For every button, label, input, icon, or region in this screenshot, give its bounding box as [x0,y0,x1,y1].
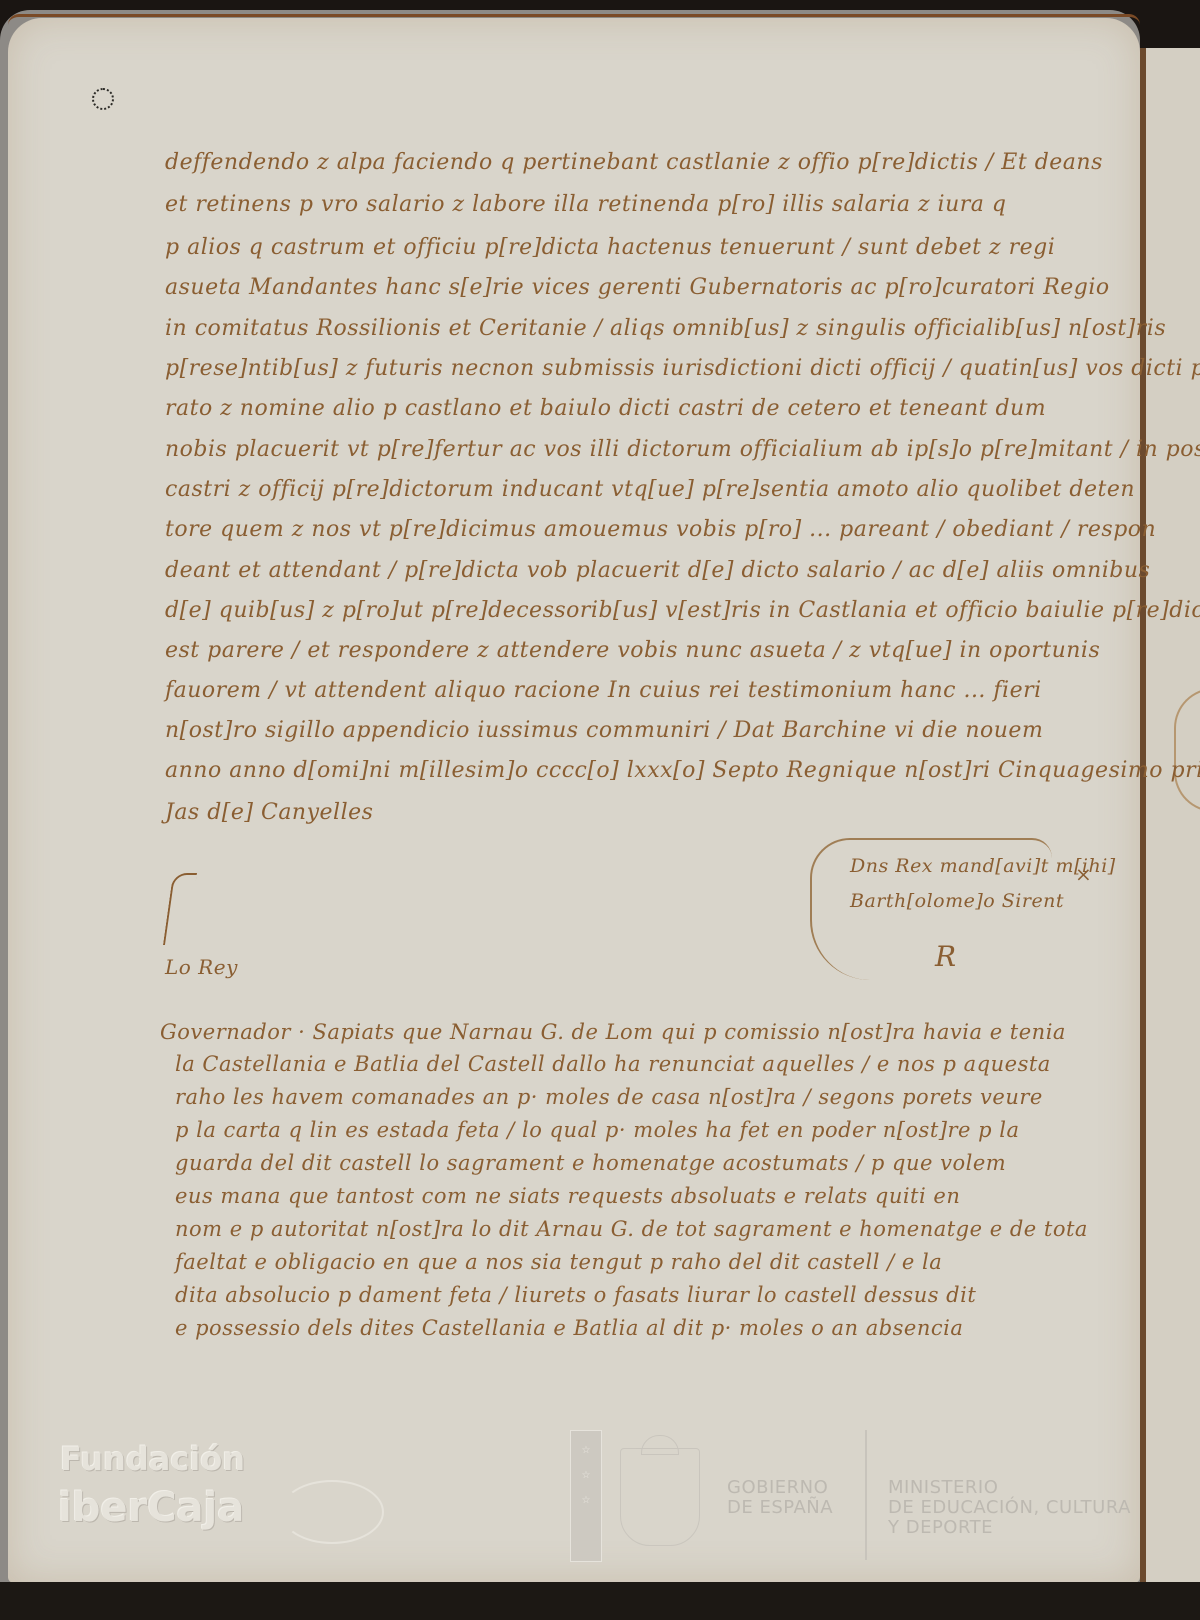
logo-divider [865,1430,867,1560]
text-line: faeltat e obligacio en que a nos sia ten… [175,1250,942,1274]
text-line: rato z nomine alio p castlano et baiulo … [165,396,1046,421]
text-line: tore quem z nos vt p[re]dicimus amouemus… [165,517,1156,542]
dark-background [0,1582,1200,1620]
text-line: d[e] quib[us] z p[ro]ut p[re]decessorib[… [165,598,1200,623]
text-line: anno anno d[omi]ni m[illesim]o cccc[o] l… [165,758,1200,783]
star-icon: ☆ [571,1495,601,1506]
text-line: nobis placuerit vt p[re]fertur ac vos il… [165,437,1200,462]
ministerio-line: Y DEPORTE [888,1518,1131,1538]
ministerio-label: MINISTERIO DE EDUCACIÓN, CULTURA Y DEPOR… [888,1478,1131,1538]
text-line: asueta Mandantes hanc s[e]rie vices gere… [165,275,1110,300]
text-line: fauorem / vt attendent aliquo racione In… [165,678,1042,703]
text-line: raho les havem comanades an p· moles de … [175,1085,1043,1109]
ministerio-line: MINISTERIO [888,1478,1131,1498]
signature-line: Barth[olome]o Sirent [850,890,1064,912]
gobierno-line: DE ESPAÑA [727,1498,833,1518]
ibercaja-logo-icon [280,1480,384,1544]
text-line: castri z officij p[re]dictorum inducant … [165,477,1135,502]
text-line: nom e p autoritat n[ost]ra lo dit Arnau … [175,1217,1088,1241]
text-line: p alios q castrum et officiu p[re]dicta … [165,235,1055,260]
watermark-ibercaja: iberCaja [58,1485,244,1531]
star-icon: ☆ [571,1445,601,1456]
text-line: e possessio dels dites Castellania e Bat… [175,1316,963,1340]
page-top-edge [8,14,1140,25]
text-line: eus mana que tantost com ne siats reques… [175,1184,960,1208]
text-line: Jas d[e] Canyelles [165,800,373,825]
text-line: et retinens p vro salario z labore illa … [165,192,1006,217]
adjacent-page-edge [1140,48,1200,1583]
text-line: in comitatus Rossilionis et Ceritanie / … [165,316,1166,341]
text-line: guarda del dit castell lo sagrament e ho… [175,1151,1006,1175]
watermark-fundacion: Fundación [60,1440,245,1478]
signature-mark: R [935,940,957,973]
salutation: Lo Rey [165,955,238,979]
adjacent-page-ink-curve [1174,688,1200,812]
text-line: est parere / et respondere z attendere v… [165,638,1100,663]
ministerio-line: DE EDUCACIÓN, CULTURA [888,1498,1131,1518]
gobierno-label: GOBIERNO DE ESPAÑA [727,1478,833,1518]
star-icon: ☆ [571,1470,601,1481]
page-hole-mark [92,88,114,110]
text-line: dita absolucio p dament feta / liurets o… [175,1283,976,1307]
coat-of-arms-icon [620,1448,700,1546]
cross-mark: × [1075,862,1092,886]
text-line: n[ost]ro sigillo appendicio iussimus com… [165,718,1043,743]
text-line: deant et attendant / p[re]dicta vob plac… [165,558,1150,583]
text-line: Governador · Sapiats que Narnau G. de Lo… [160,1020,1066,1044]
text-line: la Castellania e Batlia del Castell dall… [175,1052,1051,1076]
text-line: p[rese]ntib[us] z futuris necnon submiss… [165,356,1200,381]
spain-flag-bar: ☆ ☆ ☆ [570,1430,602,1562]
gobierno-line: GOBIERNO [727,1478,833,1498]
text-line: deffendendo z alpa faciendo q pertineban… [165,150,1103,175]
text-line: p la carta q lin es estada feta / lo qua… [175,1118,1019,1142]
